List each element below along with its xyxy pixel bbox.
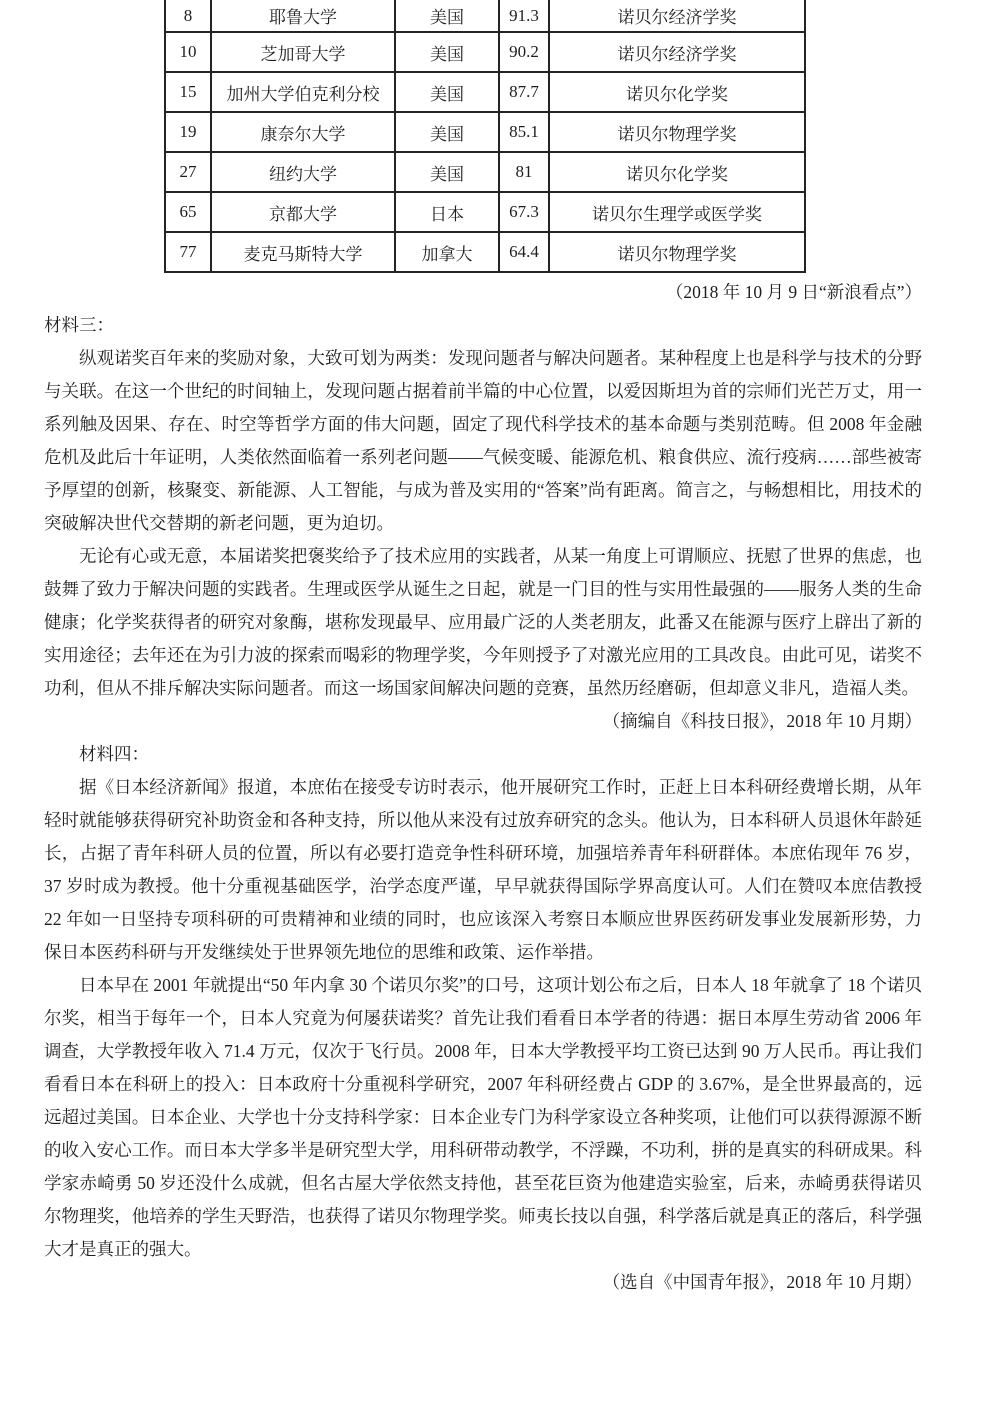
score-cell: 64.4: [499, 232, 549, 272]
university-cell: 芝加哥大学: [211, 32, 395, 72]
country-cell: 美国: [395, 152, 499, 192]
university-cell: 康奈尔大学: [211, 112, 395, 152]
material4-paragraph-2: 日本早在 2001 年就提出“50 年内拿 30 个诺贝尔奖”的口号，这项计划公…: [44, 969, 922, 1266]
prize-cell: 诺贝尔化学奖: [549, 72, 805, 112]
prize-cell: 诺贝尔经济学奖: [549, 32, 805, 72]
table-row: 65 京都大学 日本 67.3 诺贝尔生理学或医学奖: [165, 192, 805, 232]
rank-cell: 27: [165, 152, 211, 192]
university-cell: 耶鲁大学: [211, 0, 395, 32]
material3-label: 材料三：: [44, 309, 922, 342]
country-cell: 美国: [395, 112, 499, 152]
rank-cell: 15: [165, 72, 211, 112]
rank-cell: 65: [165, 192, 211, 232]
university-cell: 加州大学伯克利分校: [211, 72, 395, 112]
prize-cell: 诺贝尔物理学奖: [549, 112, 805, 152]
document-page: 8 耶鲁大学 美国 91.3 诺贝尔经济学奖 10 芝加哥大学 美国 90.2 …: [0, 0, 992, 1403]
material4-label: 材料四：: [44, 738, 922, 771]
table-row: 19 康奈尔大学 美国 85.1 诺贝尔物理学奖: [165, 112, 805, 152]
rank-cell: 19: [165, 112, 211, 152]
rank-cell: 8: [165, 0, 211, 32]
country-cell: 美国: [395, 32, 499, 72]
score-cell: 90.2: [499, 32, 549, 72]
score-cell: 85.1: [499, 112, 549, 152]
document-body: （2018 年 10 月 9 日“新浪看点”） 材料三： 纵观诺奖百年来的奖励对…: [0, 273, 992, 1299]
prize-cell: 诺贝尔经济学奖: [549, 0, 805, 32]
prize-cell: 诺贝尔生理学或医学奖: [549, 192, 805, 232]
prize-cell: 诺贝尔物理学奖: [549, 232, 805, 272]
score-cell: 91.3: [499, 0, 549, 32]
rank-cell: 10: [165, 32, 211, 72]
material4-paragraph-1: 据《日本经济新闻》报道，本庶佑在接受专访时表示，他开展研究工作时，正赶上日本科研…: [44, 771, 922, 969]
country-cell: 加拿大: [395, 232, 499, 272]
table-row: 8 耶鲁大学 美国 91.3 诺贝尔经济学奖: [165, 0, 805, 32]
nobel-university-ranking-table: 8 耶鲁大学 美国 91.3 诺贝尔经济学奖 10 芝加哥大学 美国 90.2 …: [164, 0, 806, 273]
material4-citation: （选自《中国青年报》，2018 年 10 月期）: [44, 1266, 922, 1299]
table-row: 15 加州大学伯克利分校 美国 87.7 诺贝尔化学奖: [165, 72, 805, 112]
country-cell: 美国: [395, 0, 499, 32]
rank-cell: 77: [165, 232, 211, 272]
university-cell: 纽约大学: [211, 152, 395, 192]
material3-paragraph-1: 纵观诺奖百年来的奖励对象，大致可划为两类：发现问题者与解决问题者。某种程度上也是…: [44, 342, 922, 540]
university-cell: 京都大学: [211, 192, 395, 232]
country-cell: 美国: [395, 72, 499, 112]
table-row: 77 麦克马斯特大学 加拿大 64.4 诺贝尔物理学奖: [165, 232, 805, 272]
country-cell: 日本: [395, 192, 499, 232]
score-cell: 87.7: [499, 72, 549, 112]
material3-paragraph-2: 无论有心或无意，本届诺奖把褒奖给予了技术应用的实践者，从某一角度上可谓顺应、抚慰…: [44, 540, 922, 705]
table-row: 27 纽约大学 美国 81 诺贝尔化学奖: [165, 152, 805, 192]
table-row: 10 芝加哥大学 美国 90.2 诺贝尔经济学奖: [165, 32, 805, 72]
university-cell: 麦克马斯特大学: [211, 232, 395, 272]
prize-cell: 诺贝尔化学奖: [549, 152, 805, 192]
material3-citation: （摘编自《科技日报》，2018 年 10 月期）: [44, 705, 922, 738]
table-source-note: （2018 年 10 月 9 日“新浪看点”）: [44, 276, 922, 309]
score-cell: 81: [499, 152, 549, 192]
score-cell: 67.3: [499, 192, 549, 232]
